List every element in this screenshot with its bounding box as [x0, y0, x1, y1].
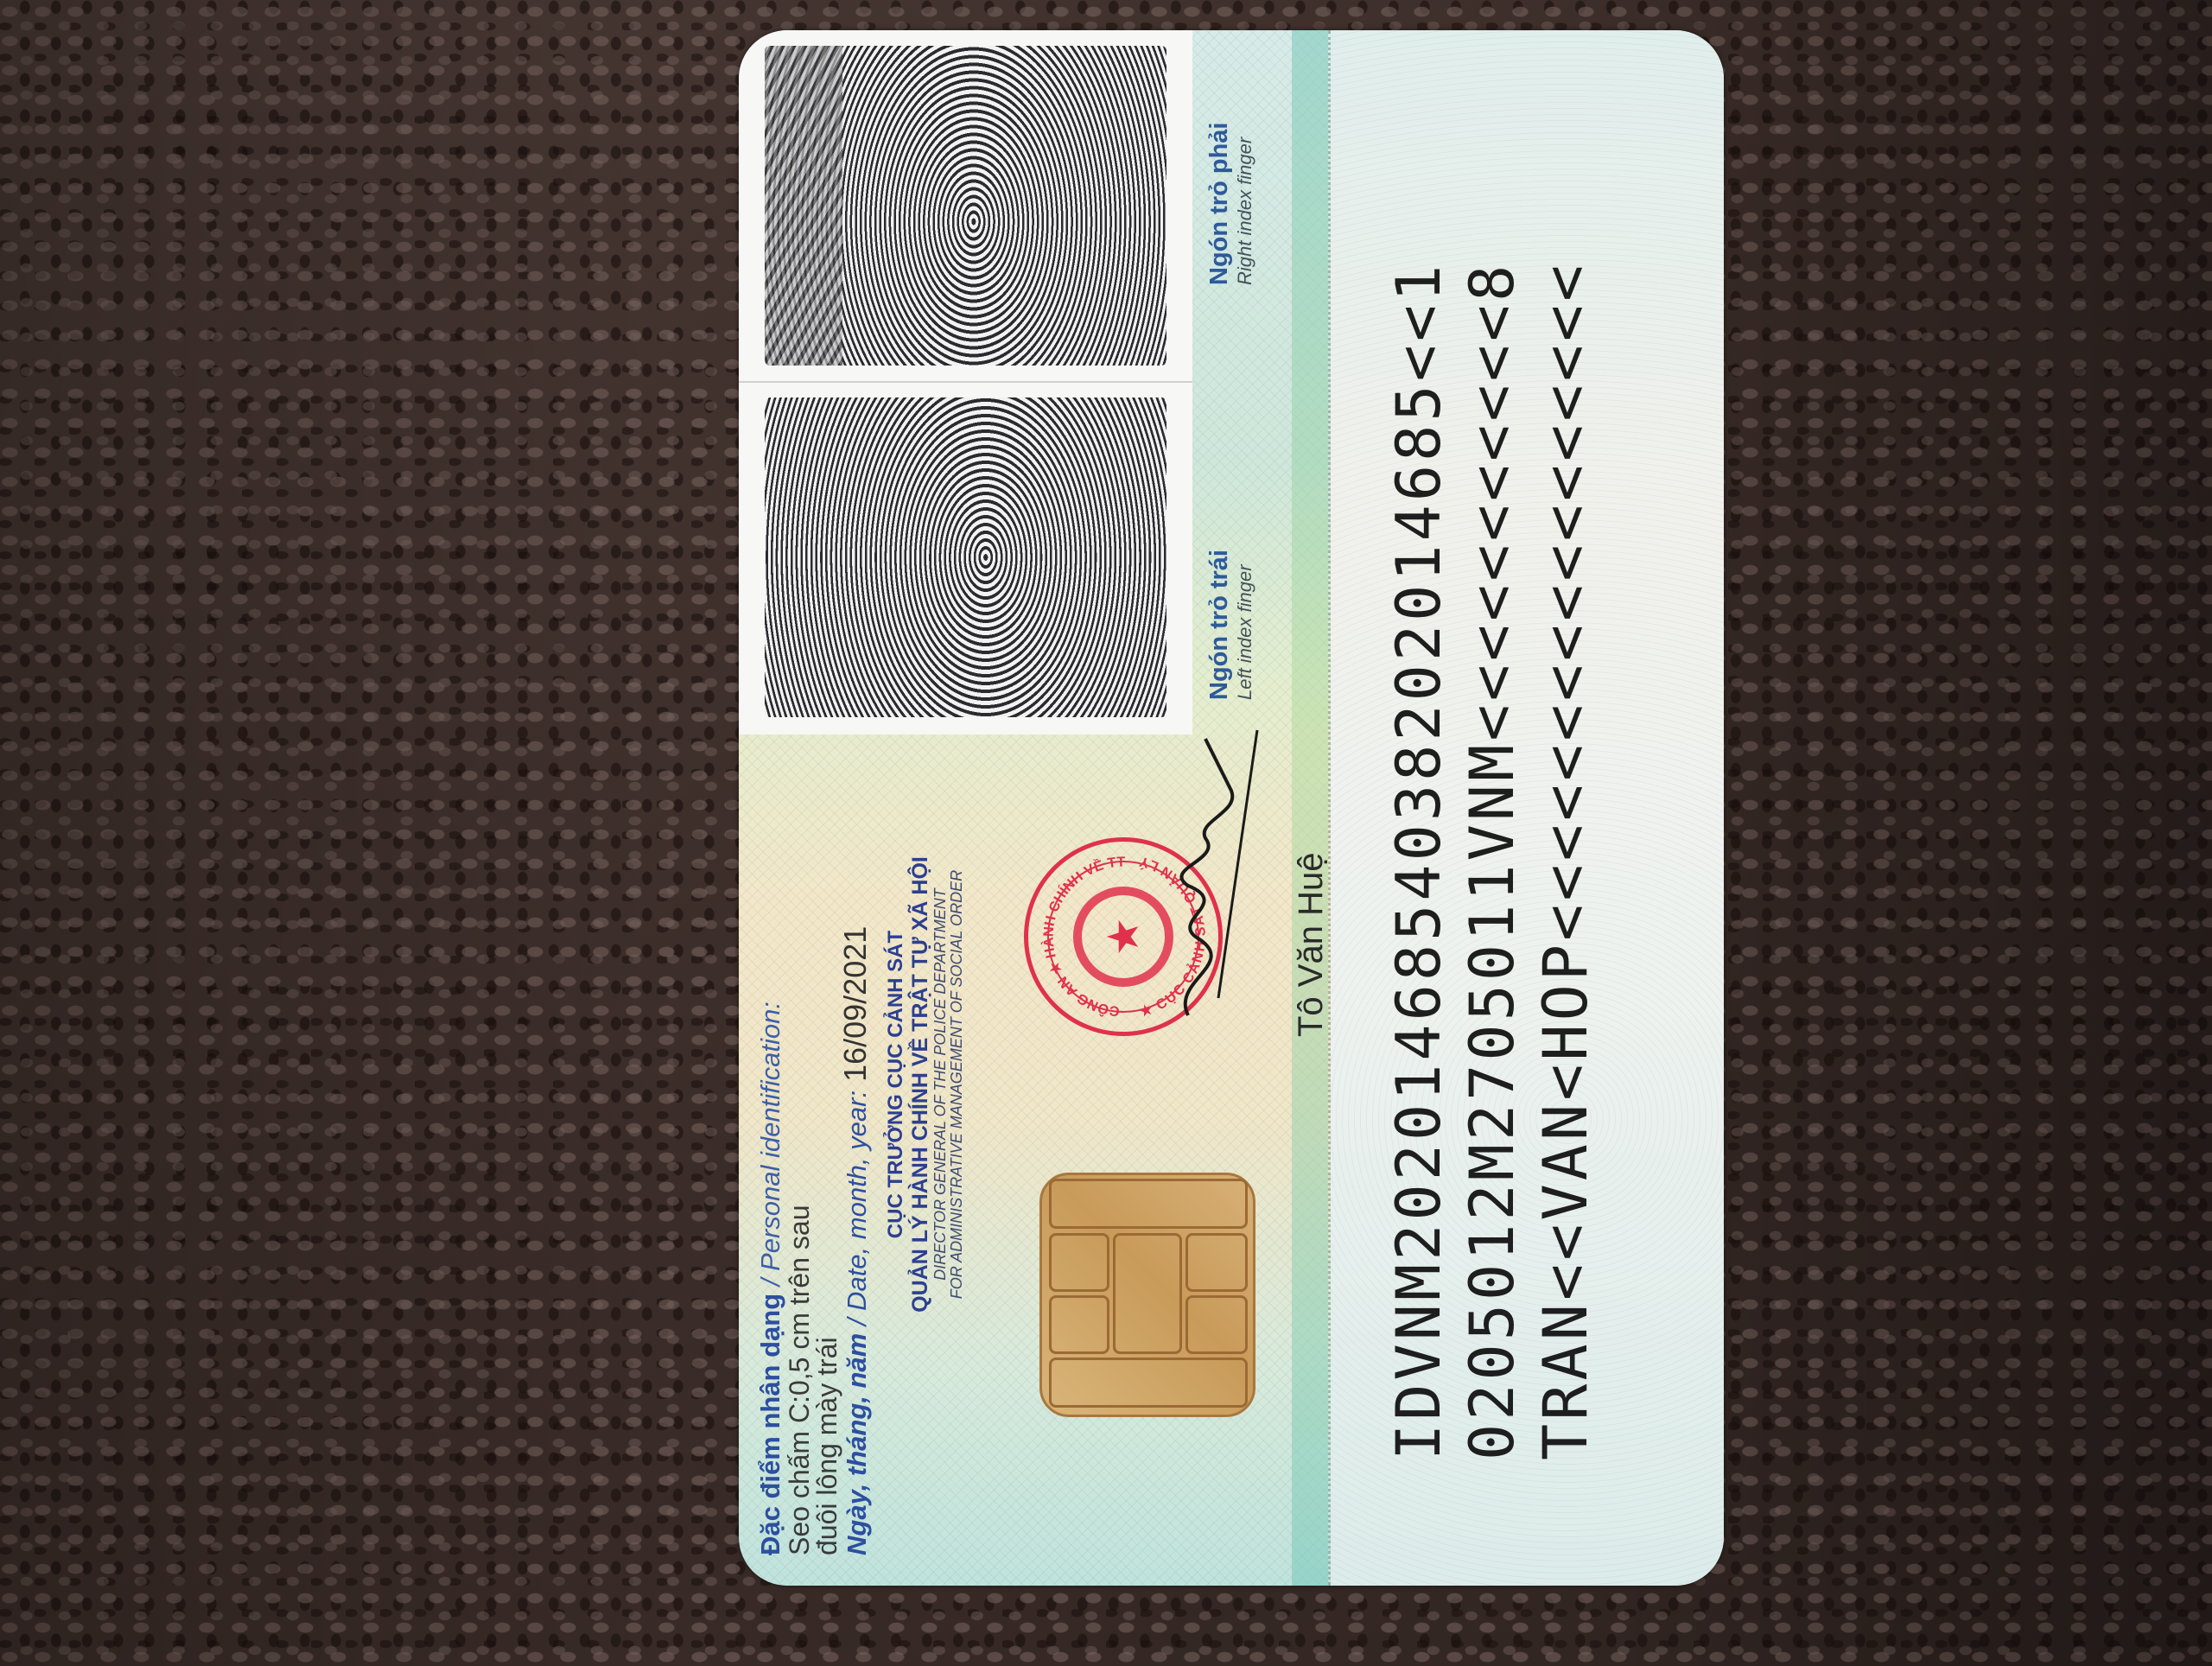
issuer-title-en-line1: DIRECTOR GENERAL OF THE POLICE DEPARTMEN… [932, 782, 949, 1387]
personal-identification-label-en: Personal identification: [755, 1002, 785, 1271]
issue-date-label-vn: Ngày, tháng, năm [842, 1333, 872, 1555]
chip-contact [1113, 1233, 1182, 1354]
left-fingerprint-label: Ngón trỏ trái Left index finger [1205, 550, 1256, 700]
issuer-title-block: CỤC TRƯỞNG CỤC CẢNH SÁT QUẢN LÝ HÀNH CHÍ… [884, 782, 965, 1387]
issue-date-label-en: Date, month, year: [842, 1091, 872, 1311]
identification-description-line1: Seo chấm C:0,5 cm trên sau [785, 726, 813, 1555]
chip-contact [1049, 1233, 1109, 1292]
issuer-title-en-line2: FOR ADMINISTRATIVE MANAGEMENT OF SOCIAL … [949, 782, 965, 1387]
issue-date-separator: / [842, 1311, 872, 1333]
mrz-line-2: 0205012M2705011VNM<<<<<<<<<<<8 [1462, 262, 1522, 1460]
personal-identification-label-vn: Đặc điểm nhân dạng [755, 1294, 785, 1555]
fingerprint-divider [739, 381, 1192, 383]
issuer-title-vn-line1: CỤC TRƯỞNG CỤC CẢNH SÁT [884, 782, 908, 1387]
issuer-title-vn-line2: QUẢN LÝ HÀNH CHÍNH VỀ TRẬT TỰ XÃ HỘI [908, 782, 932, 1387]
issue-date-value: 16/09/2021 [837, 926, 873, 1082]
chip-contact [1049, 1179, 1248, 1229]
chip-contact [1185, 1295, 1248, 1354]
mrz-line-3: TRAN<<VAN<HOP<<<<<<<<<<<<<<<<< [1535, 262, 1596, 1460]
chip-contact [1049, 1295, 1109, 1354]
chip-contact [1185, 1233, 1248, 1292]
signer-name: Tô Văn Huệ [1292, 853, 1331, 1037]
right-index-fingerprint-image [765, 46, 1166, 366]
label-separator: / [755, 1271, 785, 1294]
left-fingerprint-label-vn: Ngón trỏ trái [1205, 550, 1234, 700]
left-index-fingerprint-image [765, 397, 1166, 717]
personal-identification-label: Đặc điểm nhân dạng / Personal identifica… [756, 726, 785, 1555]
emv-chip-icon [1039, 1173, 1255, 1417]
chip-contact [1049, 1358, 1248, 1408]
left-fingerprint-label-en: Left index finger [1234, 550, 1256, 700]
issue-date-row: Ngày, tháng, năm / Date, month, year:16/… [841, 726, 872, 1555]
right-fingerprint-label-vn: Ngón trỏ phải [1205, 123, 1234, 285]
id-card-back: Ngón trỏ trái Left index finger Ngón trỏ… [739, 30, 1724, 1586]
identification-description-line2: đuôi lông mày trái [813, 726, 841, 1555]
personal-info-block: Đặc điểm nhân dạng / Personal identifica… [756, 726, 872, 1555]
mrz-line-1: IDVNM2020146854038202014685<<1 [1389, 262, 1449, 1460]
right-fingerprint-label: Ngón trỏ phải Right index finger [1205, 123, 1256, 285]
right-fingerprint-label-en: Right index finger [1234, 123, 1256, 285]
